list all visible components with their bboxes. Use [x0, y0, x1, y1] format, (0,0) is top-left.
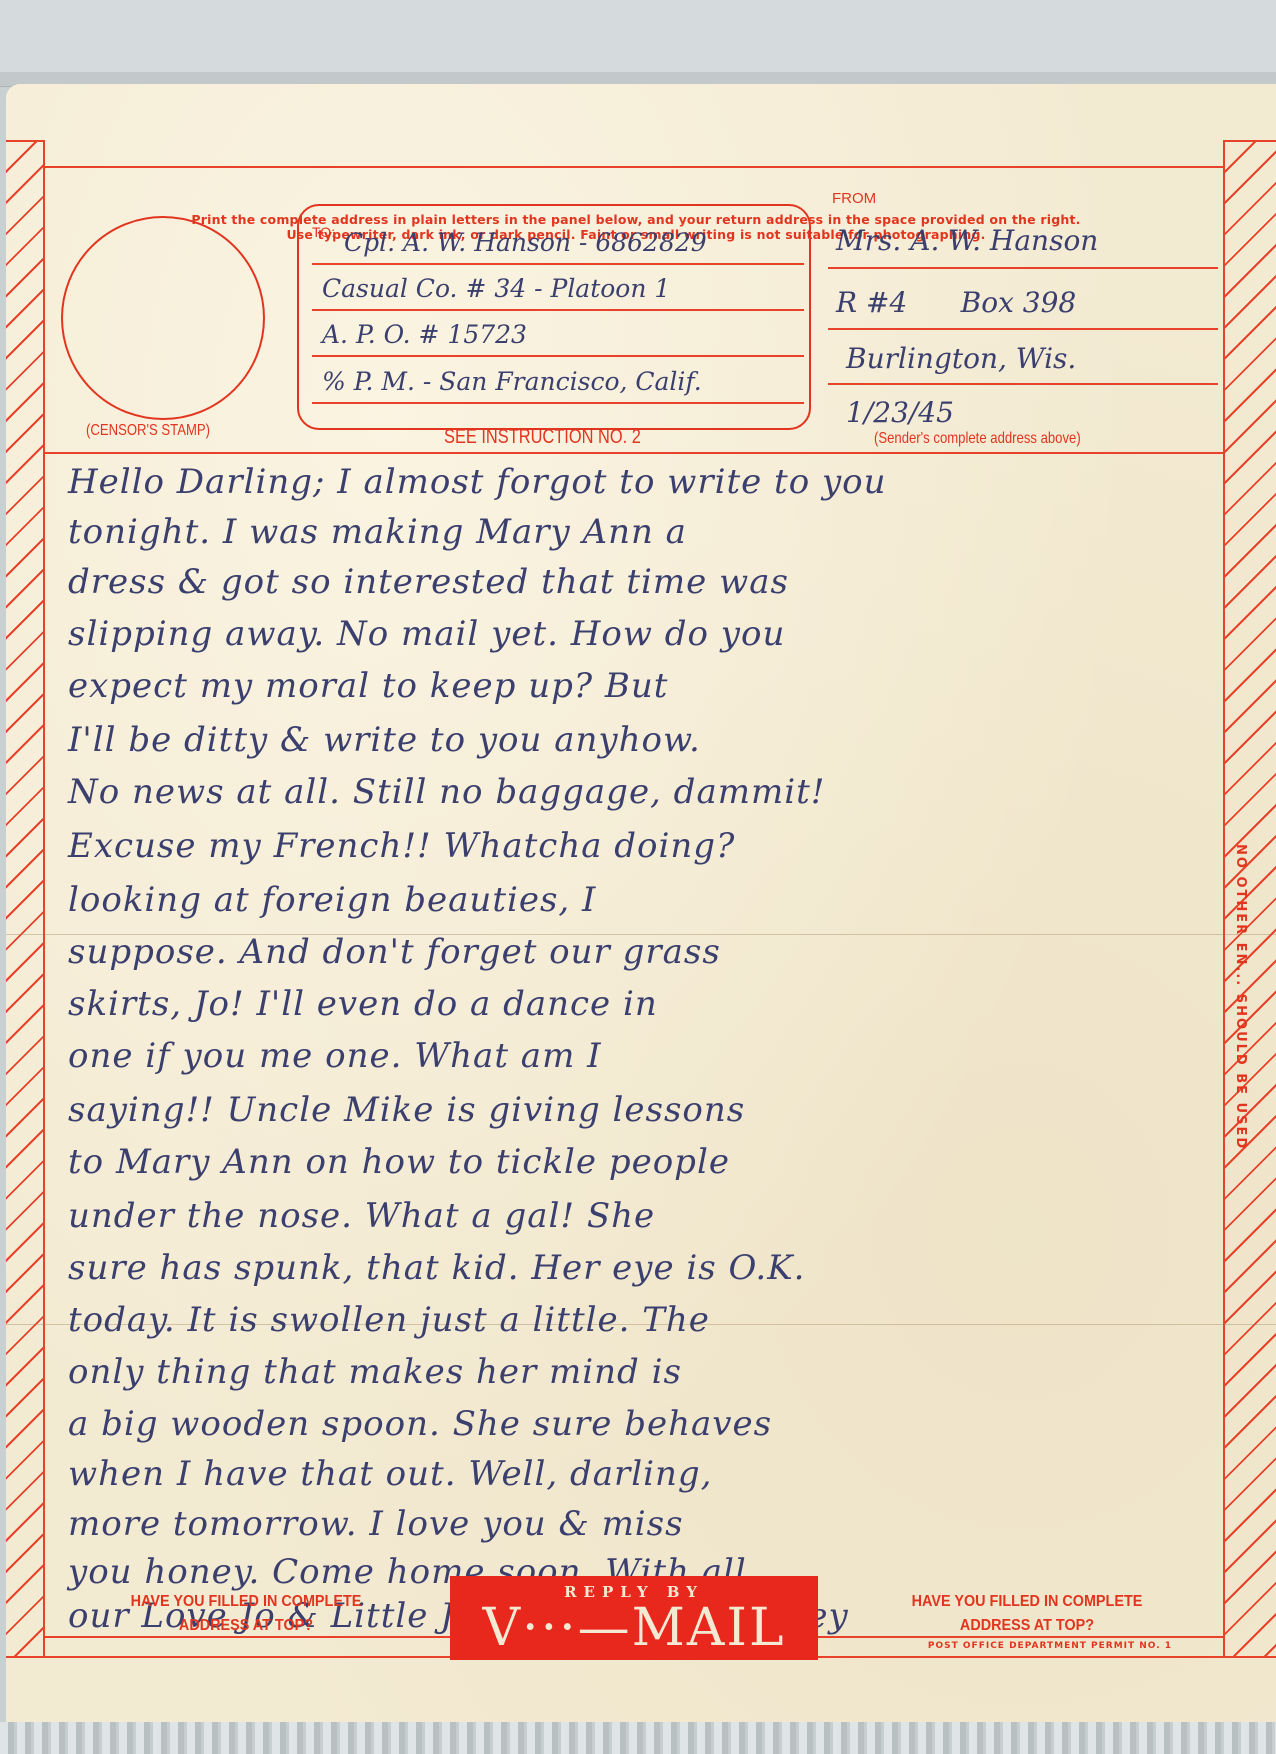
- letter-line: one if you me one. What am I: [68, 1036, 602, 1076]
- letter-line: Hello Darling; I almost forgot to write …: [68, 462, 887, 502]
- body-divider: [43, 452, 1223, 454]
- letter-line: dress & got so interested that time was: [68, 562, 789, 602]
- letter-line: suppose. And don't forget our grass: [68, 932, 721, 972]
- header-rule: [43, 166, 1223, 168]
- to-label: TO:: [312, 224, 335, 240]
- from-line-2: [828, 328, 1218, 330]
- left-hatched-margin: [6, 140, 45, 1658]
- letter-line: when I have that out. Well, darling,: [68, 1454, 712, 1494]
- see-instruction-label: SEE INSTRUCTION NO. 2: [444, 426, 641, 449]
- letter-line: saying!! Uncle Mike is giving lessons: [68, 1090, 745, 1130]
- vmail-letter-sheet: NO OTHER EN... SHOULD BE USED Print the …: [6, 84, 1276, 1724]
- from-address-line[interactable]: Burlington, Wis.: [846, 342, 1076, 375]
- to-address-line[interactable]: Cpl. A. W. Hanson - 6862829: [344, 228, 707, 257]
- sender-note: (Sender's complete address above): [874, 430, 1081, 448]
- question-line: ADDRESS AT TOP?: [84, 1614, 408, 1638]
- letter-line: No news at all. Still no baggage, dammit…: [68, 772, 825, 812]
- vmail-wordmark: V···—MAIL: [450, 1600, 818, 1656]
- reply-by-label: REPLY BY: [450, 1576, 818, 1600]
- letter-line: looking at foreign beauties, I: [68, 880, 596, 920]
- letter-line: Excuse my French!! Whatcha doing?: [68, 826, 735, 866]
- to-line-2: [312, 309, 804, 311]
- letter-line: to Mary Ann on how to tickle people: [68, 1142, 730, 1182]
- bottom-rule-right: [818, 1636, 1223, 1638]
- letter-line: skirts, Jo! I'll even do a dance in: [68, 984, 658, 1024]
- to-line-1: [312, 263, 804, 265]
- letter-line: under the nose. What a gal! She: [68, 1196, 655, 1236]
- letter-line: slipping away. No mail yet. How do you: [68, 614, 785, 654]
- address-check-right: HAVE YOU FILLED IN COMPLETE ADDRESS AT T…: [861, 1590, 1194, 1638]
- censor-stamp-circle: [61, 216, 265, 420]
- letter-line: a big wooden spoon. She sure behaves: [68, 1404, 772, 1444]
- from-address-line[interactable]: R #4 Box 398: [836, 286, 1076, 319]
- to-address-line[interactable]: A. P. O. # 15723: [322, 320, 527, 349]
- question-line: HAVE YOU FILLED IN COMPLETE: [84, 1590, 408, 1614]
- to-address-line[interactable]: % P. M. - San Francisco, Calif.: [322, 367, 702, 396]
- from-label: FROM: [832, 190, 876, 207]
- permit-text: POST OFFICE DEPARTMENT PERMIT NO. 1: [900, 1641, 1200, 1651]
- letter-line: today. It is swollen just a little. The: [68, 1300, 710, 1340]
- plastic-sleeve-bottom: [0, 1722, 1276, 1754]
- letter-line: tonight. I was making Mary Ann a: [68, 512, 687, 552]
- letter-line: only thing that makes her mind is: [68, 1352, 682, 1392]
- letter-date[interactable]: 1/23/45: [846, 396, 954, 429]
- question-line: HAVE YOU FILLED IN COMPLETE: [861, 1590, 1194, 1614]
- letter-line: I'll be ditty & write to you anyhow.: [68, 720, 701, 760]
- letter-line: more tomorrow. I love you & miss: [68, 1504, 684, 1544]
- censor-stamp-label: (CENSOR'S STAMP): [86, 422, 210, 440]
- right-hatched-margin: [1223, 140, 1276, 1658]
- letter-line: sure has spunk, that kid. Her eye is O.K…: [68, 1248, 805, 1288]
- from-address-line[interactable]: Mrs. A. W. Hanson: [836, 224, 1098, 257]
- vmail-logo-box: REPLY BY V···—MAIL: [450, 1576, 818, 1660]
- from-line-1: [828, 267, 1218, 269]
- question-line: ADDRESS AT TOP?: [861, 1614, 1194, 1638]
- from-line-3: [828, 383, 1218, 385]
- plastic-sleeve-top: [0, 0, 1276, 80]
- to-line-3: [312, 355, 804, 357]
- bottom-rule-left: [43, 1636, 453, 1638]
- margin-vertical-text: NO OTHER EN... SHOULD BE USED: [1233, 844, 1248, 1150]
- letter-line: expect my moral to keep up? But: [68, 666, 668, 706]
- to-line-4: [312, 402, 804, 404]
- address-check-left: HAVE YOU FILLED IN COMPLETE ADDRESS AT T…: [84, 1590, 408, 1638]
- to-address-line[interactable]: Casual Co. # 34 - Platoon 1: [322, 274, 670, 303]
